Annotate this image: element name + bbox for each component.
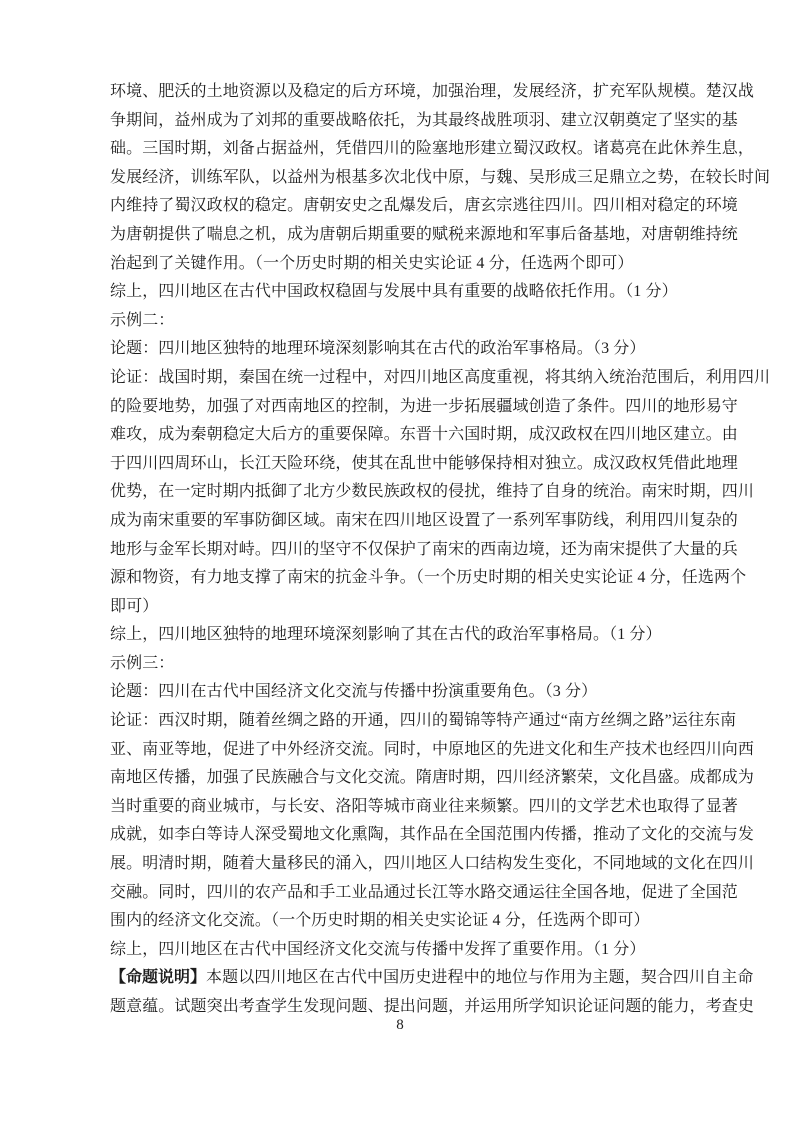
- page-number: 8: [0, 1017, 800, 1034]
- text-line: 即可）: [110, 593, 694, 622]
- text-line: 地形与金军长期对峙。四川的坚守不仅保护了南宋的西南边境，还为南宋提供了大量的兵: [110, 536, 694, 565]
- text-line-bold-lead: 【命题说明】: [110, 969, 206, 986]
- text-line: 【命题说明】本题以四川地区在古代中国历史进程中的地位与作用为主题，契合四川自主命: [110, 964, 694, 993]
- text-line: 综上，四川地区独特的地理环境深刻影响了其在古代的政治军事格局。（1 分）: [110, 621, 694, 650]
- text-line: 南地区传播，加强了民族融合与文化交流。隋唐时期，四川经济繁荣，文化昌盛。成都成为: [110, 764, 694, 793]
- text-line: 优势，在一定时期内抵御了北方少数民族政权的侵扰，维持了自身的统治。南宋时期，四川: [110, 478, 694, 507]
- text-line: 亚、南亚等地，促进了中外经济交流。同时，中原地区的先进文化和生产技术也经四川向西: [110, 736, 694, 765]
- text-line: 论证：西汉时期，随着丝绸之路的开通，四川的蜀锦等特产通过“南方丝绸之路”运往东南: [110, 707, 694, 736]
- text-line: 内维持了蜀汉政权的稳定。唐朝安史之乱爆发后，唐玄宗逃往四川。四川相对稳定的环境: [110, 192, 694, 221]
- text-line: 环境、肥沃的土地资源以及稳定的后方环境，加强治理，发展经济，扩充军队规模。楚汉战: [110, 78, 694, 107]
- text-line: 于四川四周环山，长江天险环绕，使其在乱世中能够保持相对独立。成汉政权凭借此地理: [110, 450, 694, 479]
- answer-text-block: 环境、肥沃的土地资源以及稳定的后方环境，加强治理，发展经济，扩充军队规模。楚汉战…: [110, 78, 694, 1022]
- text-line: 争期间，益州成为了刘邦的重要战略依托，为其最终战胜项羽、建立汉朝奠定了坚实的基: [110, 107, 694, 136]
- text-line: 成就，如李白等诗人深受蜀地文化熏陶，其作品在全国范围内传播，推动了文化的交流与发: [110, 821, 694, 850]
- text-line: 源和物资，有力地支撑了南宋的抗金斗争。（一个历史时期的相关史实论证 4 分，任选…: [110, 564, 694, 593]
- text-line: 展。明清时期，随着大量移民的涌入，四川地区人口结构发生变化，不同地域的文化在四川: [110, 850, 694, 879]
- text-line: 当时重要的商业城市，与长安、洛阳等城市商业往来频繁。四川的文学艺术也取得了显著: [110, 793, 694, 822]
- text-line: 论题：四川在古代中国经济文化交流与传播中扮演重要角色。（3 分）: [110, 678, 694, 707]
- text-line: 的险要地势，加强了对西南地区的控制，为进一步拓展疆域创造了条件。四川的地形易守: [110, 393, 694, 422]
- text-line: 交融。同时，四川的农产品和手工业品通过长江等水路交通运往全国各地，促进了全国范: [110, 879, 694, 908]
- text-line: 示例二：: [110, 307, 694, 336]
- text-line: 论证：战国时期，秦国在统一过程中，对四川地区高度重视，将其纳入统治范围后，利用四…: [110, 364, 694, 393]
- text-line: 综上，四川地区在古代中国政权稳固与发展中具有重要的战略依托作用。（1 分）: [110, 278, 694, 307]
- text-line: 综上，四川地区在古代中国经济文化交流与传播中发挥了重要作用。（1 分）: [110, 936, 694, 965]
- document-page: 环境、肥沃的土地资源以及稳定的后方环境，加强治理，发展经济，扩充军队规模。楚汉战…: [0, 0, 800, 1132]
- text-line: 示例三：: [110, 650, 694, 679]
- text-line: 治起到了关键作用。（一个历史时期的相关史实论证 4 分，任选两个即可）: [110, 250, 694, 279]
- text-line: 成为南宋重要的军事防御区域。南宋在四川地区设置了一系列军事防线，利用四川复杂的: [110, 507, 694, 536]
- text-line: 难攻，成为秦朝稳定大后方的重要保障。东晋十六国时期，成汉政权在四川地区建立。由: [110, 421, 694, 450]
- text-line: 发展经济，训练军队，以益州为根基多次北伐中原，与魏、吴形成三足鼎立之势，在较长时…: [110, 164, 694, 193]
- text-line: 础。三国时期，刘备占据益州，凭借四川的险塞地形建立蜀汉政权。诸葛亮在此休养生息，: [110, 135, 694, 164]
- text-line: 围内的经济文化交流。（一个历史时期的相关史实论证 4 分，任选两个即可）: [110, 907, 694, 936]
- text-line: 为唐朝提供了喘息之机，成为唐朝后期重要的赋税来源地和军事后备基地，对唐朝维持统: [110, 221, 694, 250]
- text-line: 论题：四川地区独特的地理环境深刻影响其在古代的政治军事格局。（3 分）: [110, 335, 694, 364]
